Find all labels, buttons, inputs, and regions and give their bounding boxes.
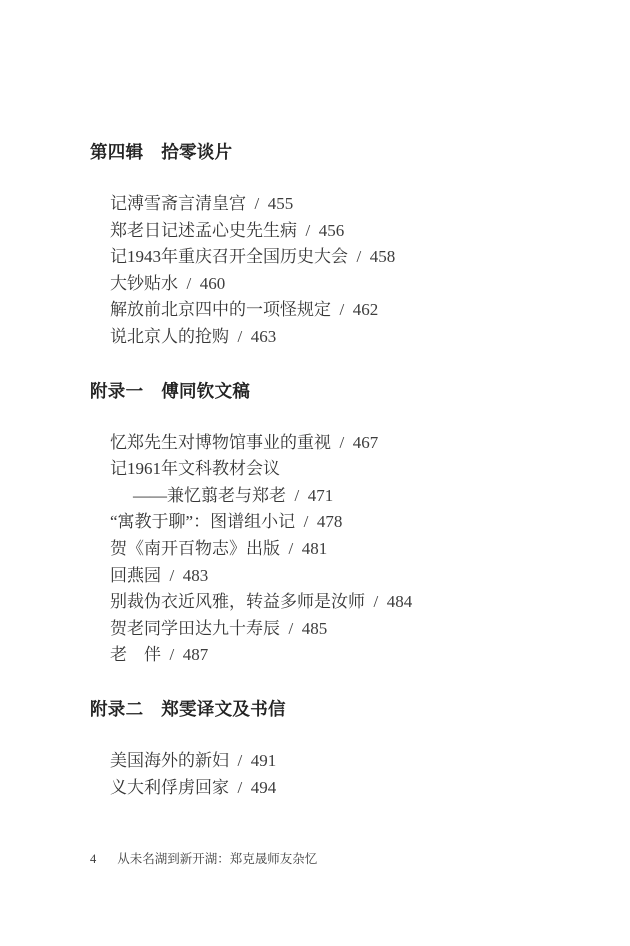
entry-title: 记1961年文科教材会议	[110, 459, 280, 478]
section-heading: 第四辑 拾零谈片	[90, 141, 630, 163]
section-heading: 附录一 傅同钦文稿	[90, 380, 630, 402]
entry-separator: /	[161, 645, 183, 664]
toc-section: 附录一 傅同钦文稿 忆郑先生对博物馆事业的重视 / 467 记1961年文科教材…	[0, 380, 630, 669]
entry-separator: /	[348, 247, 370, 266]
toc-entry: ——兼忆翦老与郑老 / 471	[133, 483, 630, 510]
entry-title: 美国海外的新妇	[110, 751, 229, 770]
toc-entry: 回燕园 / 483	[110, 563, 630, 590]
entry-list: 忆郑先生对博物馆事业的重视 / 467 记1961年文科教材会议 ——兼忆翦老与…	[110, 430, 630, 669]
running-title: 从未名湖到新开湖：郑克晟师友杂忆	[117, 851, 317, 867]
entry-page-number: 455	[268, 194, 294, 213]
section-heading: 附录二 郑雯译文及书信	[90, 698, 630, 720]
toc-entry: 记1961年文科教材会议	[110, 456, 630, 483]
entry-page-number: 494	[251, 778, 277, 797]
entry-title: 记溥雪斋言清皇宫	[110, 194, 246, 213]
toc-entry: 别裁伪衣近风雅，转益多师是汝师 / 484	[110, 589, 630, 616]
entry-page-number: 485	[302, 619, 328, 638]
toc-entry: 大钞贴水 / 460	[110, 271, 630, 298]
toc: 第四辑 拾零谈片 记溥雪斋言清皇宫 / 455 郑老日记述孟心史先生病 / 45…	[0, 0, 630, 801]
entry-title: 解放前北京四中的一项怪规定	[110, 300, 331, 319]
entry-page-number: 458	[370, 247, 396, 266]
entry-separator: /	[280, 619, 302, 638]
entry-page-number: 487	[183, 645, 209, 664]
entry-title: 回燕园	[110, 566, 161, 585]
entry-page-number: 463	[251, 327, 277, 346]
entry-page-number: 484	[387, 592, 413, 611]
entry-separator: /	[246, 194, 268, 213]
toc-entry: 老 伴 / 487	[110, 642, 630, 669]
entry-separator: /	[331, 300, 353, 319]
toc-entry: 说北京人的抢购 / 463	[110, 324, 630, 351]
entry-separator: /	[229, 327, 251, 346]
entry-title: 贺老同学田达九十寿辰	[110, 619, 280, 638]
entry-page-number: 481	[302, 539, 328, 558]
entry-page-number: 471	[308, 486, 334, 505]
toc-entry: 记溥雪斋言清皇宫 / 455	[110, 191, 630, 218]
entry-separator: /	[229, 778, 251, 797]
entry-title: 忆郑先生对博物馆事业的重视	[110, 433, 331, 452]
folio-page-number: 4	[90, 851, 96, 867]
toc-entry: 义大利俘虏回家 / 494	[110, 775, 630, 802]
book-page: 第四辑 拾零谈片 记溥雪斋言清皇宫 / 455 郑老日记述孟心史先生病 / 45…	[0, 0, 630, 946]
entry-title: 义大利俘虏回家	[110, 778, 229, 797]
toc-section: 第四辑 拾零谈片 记溥雪斋言清皇宫 / 455 郑老日记述孟心史先生病 / 45…	[0, 141, 630, 351]
entry-separator: /	[280, 539, 302, 558]
toc-entry: 忆郑先生对博物馆事业的重视 / 467	[110, 430, 630, 457]
entry-separator: /	[161, 566, 183, 585]
entry-page-number: 478	[317, 512, 343, 531]
entry-page-number: 460	[200, 274, 226, 293]
entry-separator: /	[286, 486, 308, 505]
entry-separator: /	[295, 512, 317, 531]
toc-entry: 记1943年重庆召开全国历史大会 / 458	[110, 244, 630, 271]
entry-title: 记1943年重庆召开全国历史大会	[110, 247, 348, 266]
toc-entry: 贺老同学田达九十寿辰 / 485	[110, 616, 630, 643]
entry-title: 大钞贴水	[110, 274, 178, 293]
entry-page-number: 483	[183, 566, 209, 585]
entry-page-number: 467	[353, 433, 379, 452]
entry-separator: /	[178, 274, 200, 293]
toc-entry: 美国海外的新妇 / 491	[110, 748, 630, 775]
entry-list: 美国海外的新妇 / 491 义大利俘虏回家 / 494	[110, 748, 630, 801]
page-footer: 4 从未名湖到新开湖：郑克晟师友杂忆	[90, 851, 317, 867]
entry-page-number: 456	[319, 221, 345, 240]
entry-separator: /	[297, 221, 319, 240]
entry-list: 记溥雪斋言清皇宫 / 455 郑老日记述孟心史先生病 / 456 记1943年重…	[110, 191, 630, 351]
entry-page-number: 462	[353, 300, 379, 319]
entry-title: 别裁伪衣近风雅，转益多师是汝师	[110, 592, 365, 611]
toc-section: 附录二 郑雯译文及书信 美国海外的新妇 / 491 义大利俘虏回家 / 494	[0, 698, 630, 801]
entry-separator: /	[365, 592, 387, 611]
toc-entry: 解放前北京四中的一项怪规定 / 462	[110, 297, 630, 324]
entry-page-number: 491	[251, 751, 277, 770]
entry-title: “寓教于聊”：图谱组小记	[110, 512, 295, 531]
entry-title: 老 伴	[110, 645, 161, 664]
entry-separator: /	[229, 751, 251, 770]
toc-entry: 贺《南开百物志》出版 / 481	[110, 536, 630, 563]
entry-title: 贺《南开百物志》出版	[110, 539, 280, 558]
entry-separator: /	[331, 433, 353, 452]
entry-title: 郑老日记述孟心史先生病	[110, 221, 297, 240]
toc-entry: 郑老日记述孟心史先生病 / 456	[110, 218, 630, 245]
entry-title: 说北京人的抢购	[110, 327, 229, 346]
entry-title: ——兼忆翦老与郑老	[133, 486, 286, 505]
toc-entry: “寓教于聊”：图谱组小记 / 478	[110, 509, 630, 536]
